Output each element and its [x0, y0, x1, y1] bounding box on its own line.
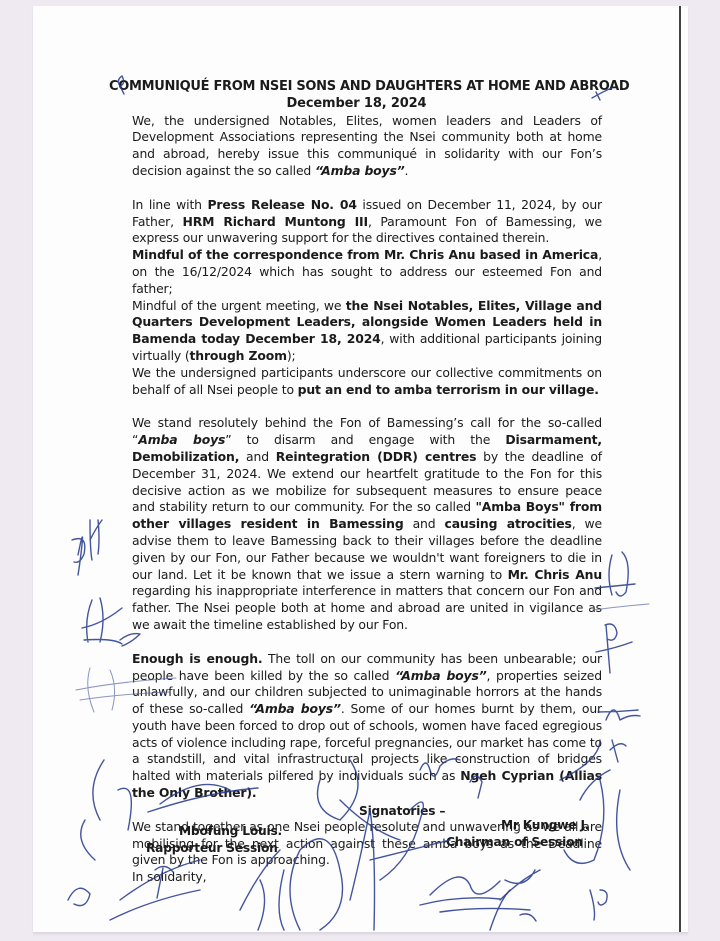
paragraph-intro: We, the undersigned Notables, Elites, wo… — [132, 113, 602, 180]
closing-line: In solidarity, — [132, 869, 602, 886]
page-shadow — [33, 932, 688, 936]
paragraph-urgent-meeting: Mindful of the urgent meeting, we the Ns… — [132, 298, 602, 365]
paragraphs: We, the undersigned Notables, Elites, wo… — [111, 113, 602, 870]
chairman-role: Chairman of Session — [446, 835, 583, 849]
chairman-name: Mr Kungwe J. — [501, 818, 589, 832]
paragraph-commitments: We the undersigned participants undersco… — [132, 365, 602, 399]
paragraph-press-release: In line with Press Release No. 04 issued… — [132, 197, 602, 247]
paragraph-stand-resolutely: We stand resolutely behind the Fon of Ba… — [132, 415, 602, 633]
paragraph-enough: Enough is enough. The toll on our commun… — [132, 651, 602, 802]
document-date: December 18, 2024 — [111, 96, 602, 113]
signatories-label: Signatories – — [359, 804, 445, 818]
paragraph-correspondence: Mindful of the correspondence from Mr. C… — [132, 247, 602, 297]
rapporteur-name: Mbofung Louis. — [179, 824, 282, 838]
rapporteur-role: Rapporteur Session — [146, 841, 278, 855]
page-edge-line — [679, 6, 681, 932]
document-title: COMMUNIQUÉ FROM NSEI SONS AND DAUGHTERS … — [109, 79, 602, 96]
communique-body: COMMUNIQUÉ FROM NSEI SONS AND DAUGHTERS … — [111, 79, 602, 886]
